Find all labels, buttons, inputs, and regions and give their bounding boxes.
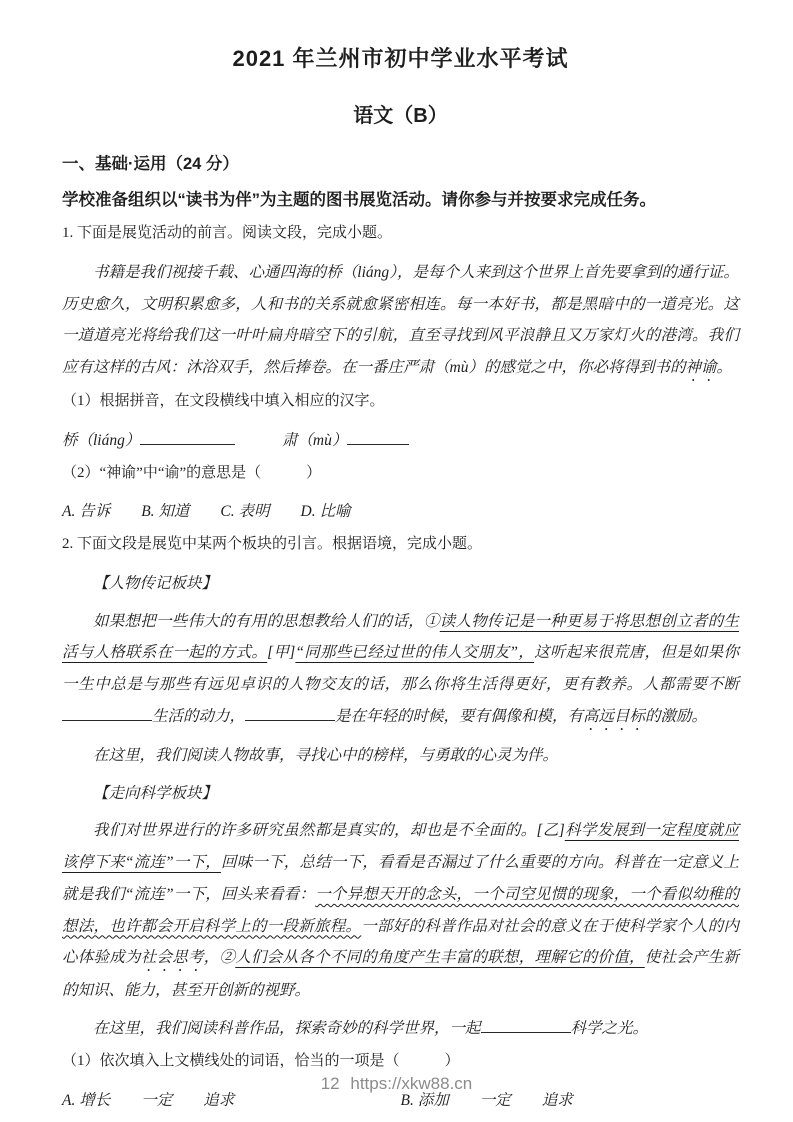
- text-run: 肃（mù）: [235, 432, 347, 449]
- footer-url: https://xkw88.cn: [350, 1074, 472, 1093]
- section-heading: 一、基础·运用（24 分）: [62, 150, 739, 174]
- fill-in-blank: [245, 705, 335, 721]
- fill-in-blank: [347, 429, 409, 445]
- underlined-text: “同那些已经过世的伟人交朋友”，: [295, 644, 534, 661]
- fill-in-blank: [481, 1018, 571, 1034]
- text-run: 【走向科学板块】: [93, 785, 217, 802]
- text-run: 在这里，我们阅读科普作品，探索奇妙的科学世界，一起: [93, 1020, 481, 1037]
- text-run: 在这里，我们阅读人物故事，寻找心中的榜样，与勇敢的心灵为伴。: [93, 747, 558, 764]
- text-run: 我们对世界进行的许多研究虽然都是真实的，却也是不全面的。[乙]: [93, 822, 565, 839]
- science-paragraph: 我们对世界进行的许多研究虽然都是真实的，却也是不全面的。[乙]科学发展到一定程度…: [62, 815, 739, 1007]
- page-content: 2021 年兰州市初中学业水平考试 语文（B） 一、基础·运用（24 分） 学校…: [0, 0, 793, 1117]
- preface-paragraph: 书籍是我们视接千载、心通四海的桥（liáng），是每个人来到这个世界上首先要拿到…: [62, 257, 739, 385]
- text-run: 科学之光。: [571, 1020, 649, 1037]
- emphasized-text: 神谕: [685, 359, 716, 376]
- text-run: （1）依次填入上文横线处的词语，恰当的一项是（ ）: [62, 1053, 460, 1069]
- text-run: 【人物传记板块】: [93, 575, 217, 592]
- text-run: 如果想把一些伟大的有用的思想教给人们的话，①: [93, 613, 440, 630]
- text-run: 是在年轻的时候，要有偶像和模，有: [335, 708, 583, 725]
- emphasized-text: 高远目标: [583, 708, 645, 725]
- footer-page-number: 12: [321, 1074, 340, 1093]
- question-2-1-stem: （1）依次填入上文横线处的词语，恰当的一项是（ ）: [62, 1051, 739, 1073]
- doc-body: 1. 下面是展览活动的前言。阅读文段，完成小题。书籍是我们视接千载、心通四海的桥…: [62, 223, 739, 1117]
- science-block-header: 【走向科学板块】: [62, 778, 739, 810]
- science-closing-line: 在这里，我们阅读科普作品，探索奇妙的科学世界，一起科学之光。: [62, 1013, 739, 1045]
- text-run: [甲]: [267, 644, 295, 661]
- biography-closing-line: 在这里，我们阅读人物故事，寻找心中的榜样，与勇敢的心灵为伴。: [62, 740, 739, 772]
- doc-title: 2021 年兰州市初中学业水平考试: [62, 42, 739, 73]
- biography-block-header: 【人物传记板块】: [62, 568, 739, 600]
- question-1-1-stem: （1）根据拼音，在文段横线中填入相应的汉字。: [62, 391, 739, 413]
- text-run: 。: [716, 359, 732, 376]
- question-1-2-options: A. 告诉 B. 知道 C. 表明 D. 比喻: [62, 496, 739, 528]
- text-run: （2）“神谕”中“谕”的意思是（ ）: [62, 465, 321, 481]
- text-run: 生活的动力，: [152, 708, 245, 725]
- underlined-text: 人们会从各个不同的角度产生丰富的联想，理解它的价值，: [235, 949, 644, 966]
- question-1-2-stem: （2）“神谕”中“谕”的意思是（ ）: [62, 463, 739, 485]
- question-2-stem: 2. 下面文段是展览中某两个板块的引言。根据语境，完成小题。: [62, 534, 739, 556]
- page-footer: 12 https://xkw88.cn: [0, 1074, 793, 1094]
- text-run: ，②: [204, 949, 236, 966]
- text-run: （1）根据拼音，在文段横线中填入相应的汉字。: [62, 393, 385, 409]
- text-run: 1. 下面是展览活动的前言。阅读文段，完成小题。: [62, 225, 392, 241]
- biography-paragraph: 如果想把一些伟大的有用的思想教给人们的话，①读人物传记是一种更易于将思想创立者的…: [62, 606, 739, 734]
- text-run: 书籍是我们视接千载、心通四海的桥（liáng），是每个人来到这个世界上首先要拿到…: [62, 264, 739, 376]
- pinyin-fill-line: 桥（liáng） 肃（mù）: [62, 425, 739, 457]
- text-run: A. 告诉 B. 知道 C. 表明 D. 比喻: [62, 503, 350, 520]
- text-run: 的激励。: [645, 708, 707, 725]
- exam-page: { "doc": { "title": "2021 年兰州市初中学业水平考试",…: [0, 0, 793, 1122]
- emphasized-text: 社会思考: [141, 949, 204, 966]
- fill-in-blank: [140, 429, 235, 445]
- section-intro: 学校准备组织以“读书为伴”为主题的图书展览活动。请你参与并按要求完成任务。: [62, 186, 739, 210]
- text-run: 2. 下面文段是展览中某两个板块的引言。根据语境，完成小题。: [62, 536, 482, 552]
- text-run: 桥（liáng）: [62, 432, 140, 449]
- doc-subtitle: 语文（B）: [62, 99, 739, 128]
- fill-in-blank: [62, 705, 152, 721]
- question-1-stem: 1. 下面是展览活动的前言。阅读文段，完成小题。: [62, 223, 739, 245]
